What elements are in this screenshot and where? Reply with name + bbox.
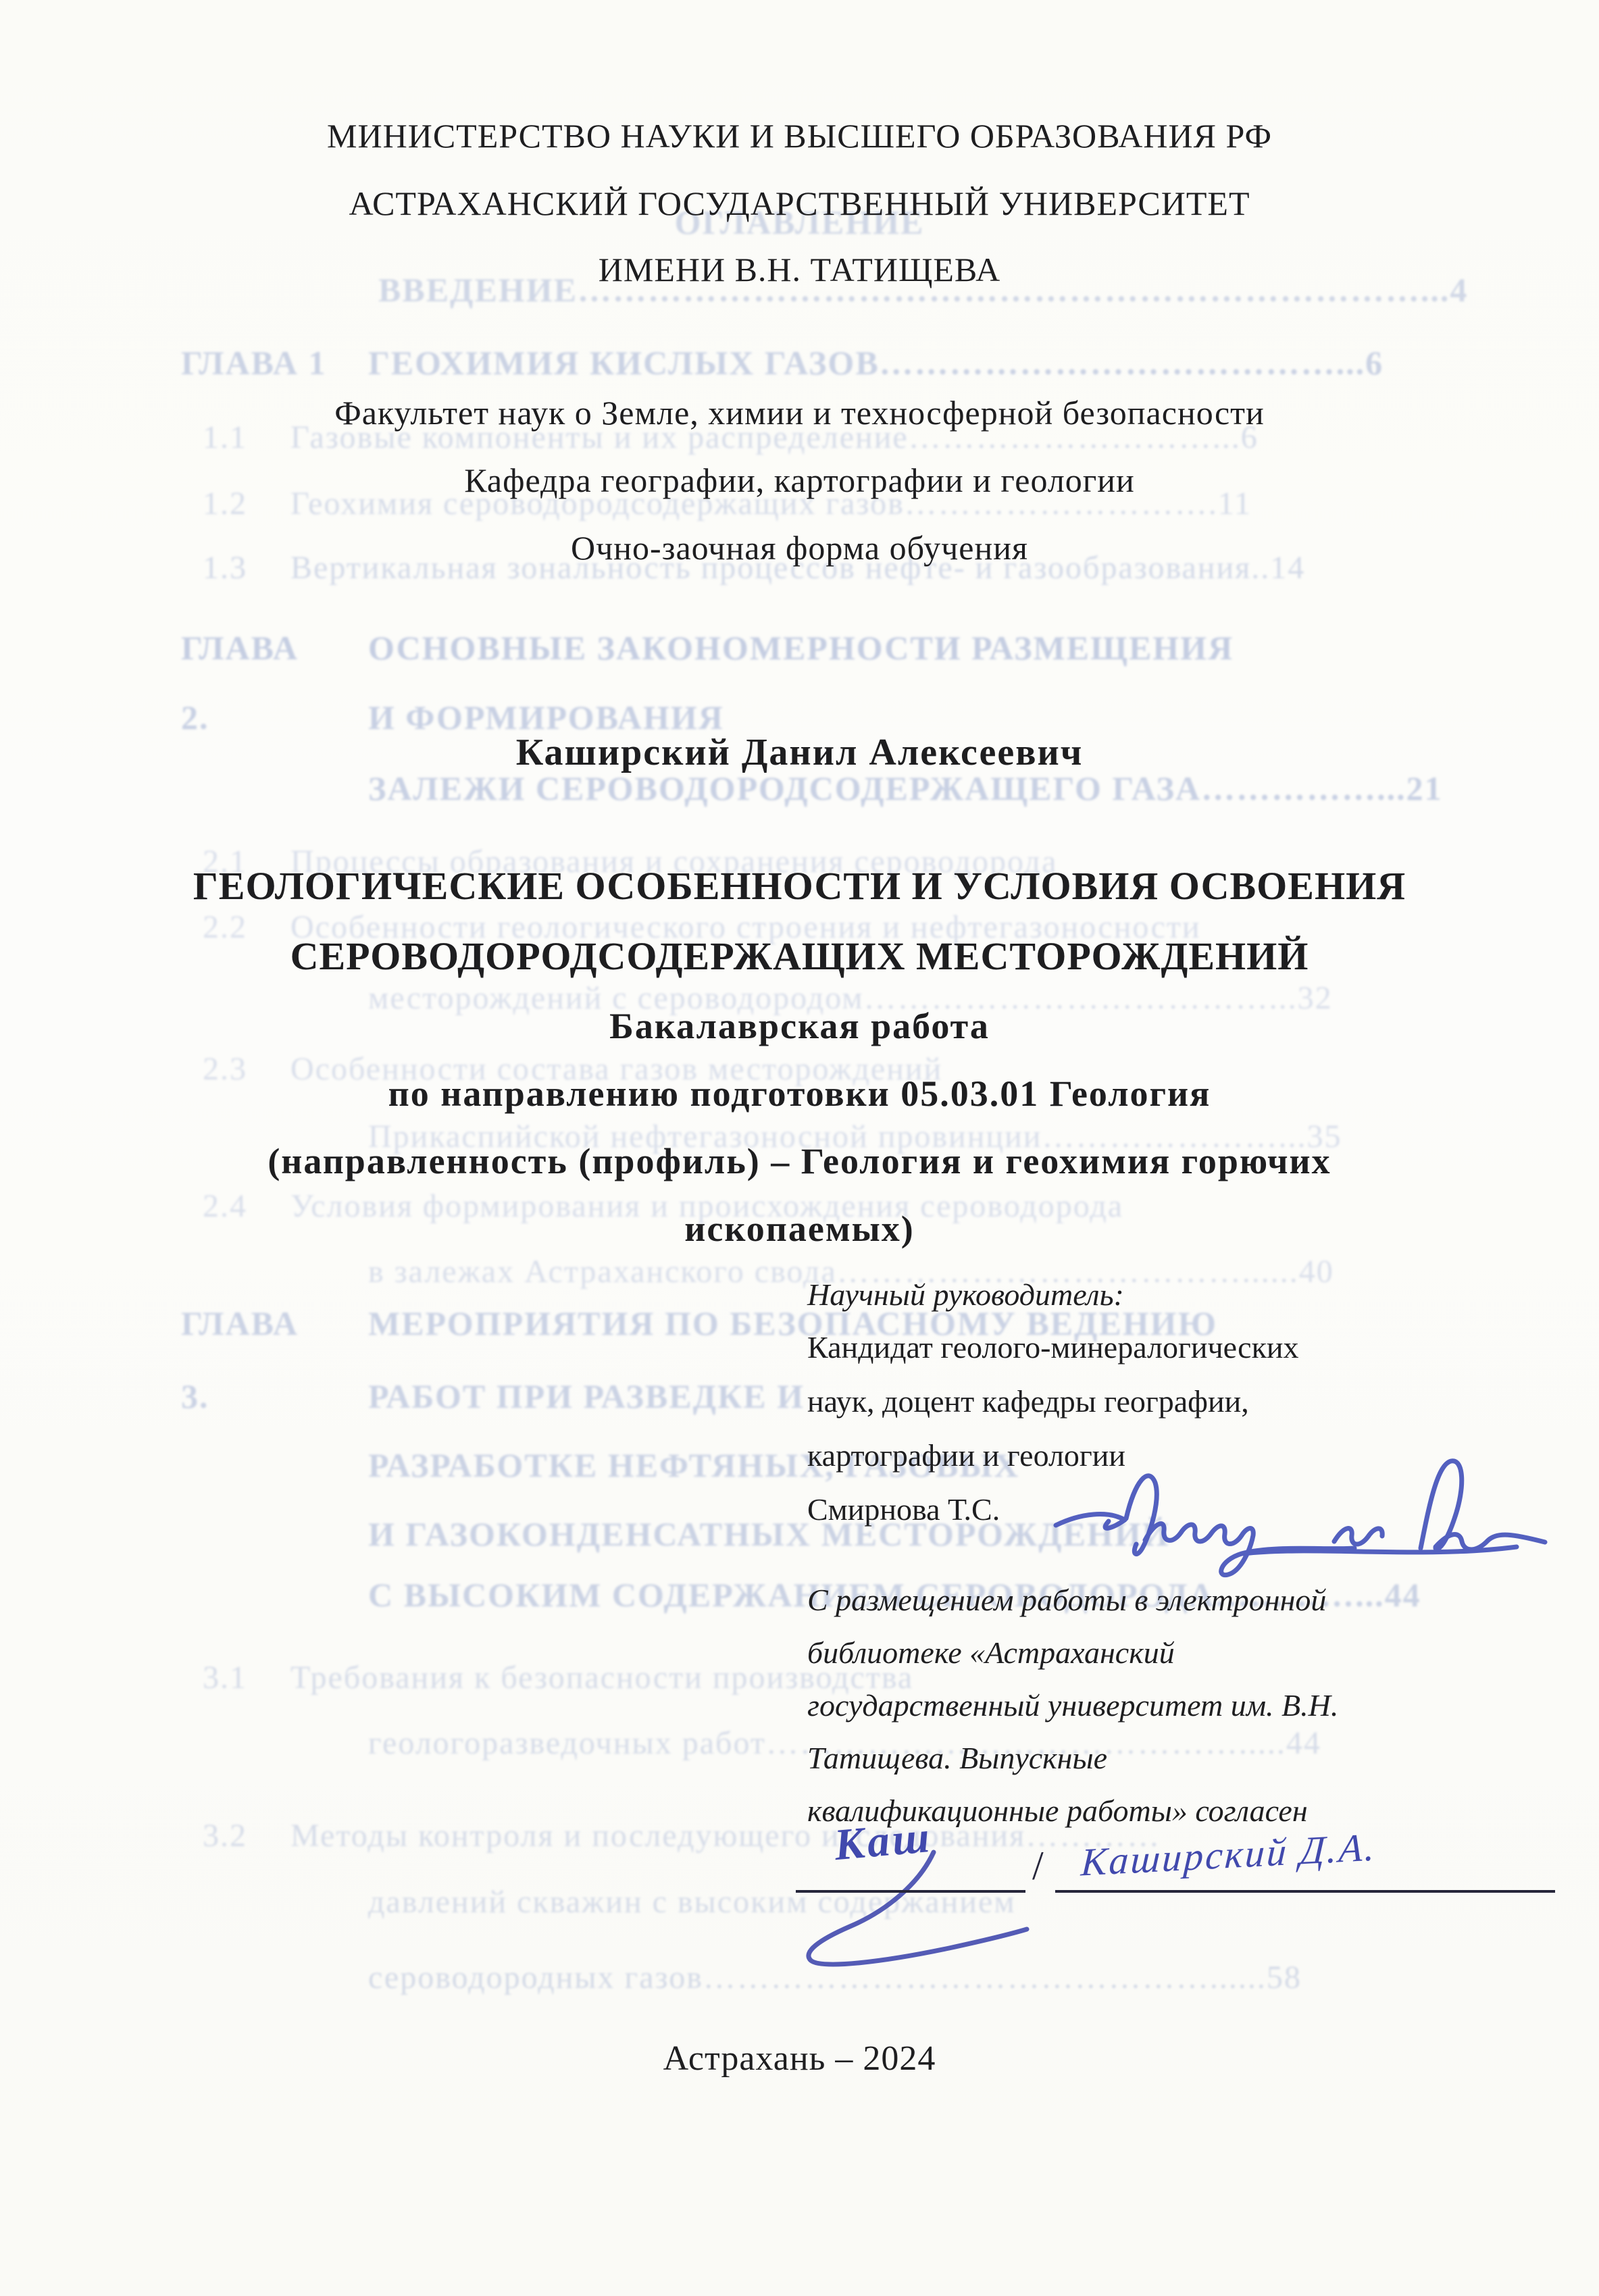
thesis-title-line-1: ГЕОЛОГИЧЕСКИЕ ОСОБЕННОСТИ И УСЛОВИЯ ОСВО… [0,863,1599,909]
supervisor-label: Научный руководитель: [807,1277,1577,1312]
supervisor-degree-line-1: Кандидат геолого-минералогических [807,1329,1577,1365]
work-type-line: Бакалаврская работа [0,1005,1599,1047]
program-line: по направлению подготовки 05.03.01 Геоло… [0,1073,1599,1115]
university-line: АСТРАХАНСКИЙ ГОСУДАРСТВЕННЫЙ УНИВЕРСИТЕТ [0,184,1599,223]
profile-line-1: (направленность (профиль) – Геология и г… [0,1140,1599,1182]
student-signature-flourish [784,1824,1067,1972]
study-form-line: Очно-заочная форма обучения [0,528,1599,567]
consent-line-1: С размещением работы в электронной [807,1582,1577,1618]
author-name: Каширский Данил Алексеевич [0,731,1599,774]
thesis-title-line-2: СЕРОВОДОРОДСОДЕРЖАЩИХ МЕСТОРОЖДЕНИЙ [0,934,1599,979]
signature-separator: / [1032,1843,1044,1889]
consent-line-2: библиотеке «Астраханский [807,1635,1577,1670]
faculty-line: Факультет наук о Земле, химии и техносфе… [0,393,1599,432]
signature-line-right [1055,1890,1555,1893]
profile-line-2: ископаемых) [0,1208,1599,1250]
student-signature-name: Каширский Д.А. [1080,1824,1378,1885]
consent-line-4: Татищева. Выпускные [807,1740,1577,1776]
ministry-line: МИНИСТЕРСТВО НАУКИ И ВЫСШЕГО ОБРАЗОВАНИЯ… [0,116,1599,155]
supervisor-signature [1044,1446,1557,1601]
department-line: Кафедра географии, картографии и геологи… [0,461,1599,500]
supervisor-degree-line-2: наук, доцент кафедры географии, [807,1383,1577,1419]
university-name-line: ИМЕНИ В.Н. ТАТИЩЕВА [0,250,1599,289]
city-year-line: Астрахань – 2024 [0,2039,1599,2078]
signature-line-left [796,1890,1025,1893]
scanned-thesis-title-page: ОГЛАВЛЕНИЕВВЕДЕНИЕ…………………………………………………………… [0,0,1599,2296]
consent-line-3: государственный университет им. В.Н. [807,1687,1577,1723]
